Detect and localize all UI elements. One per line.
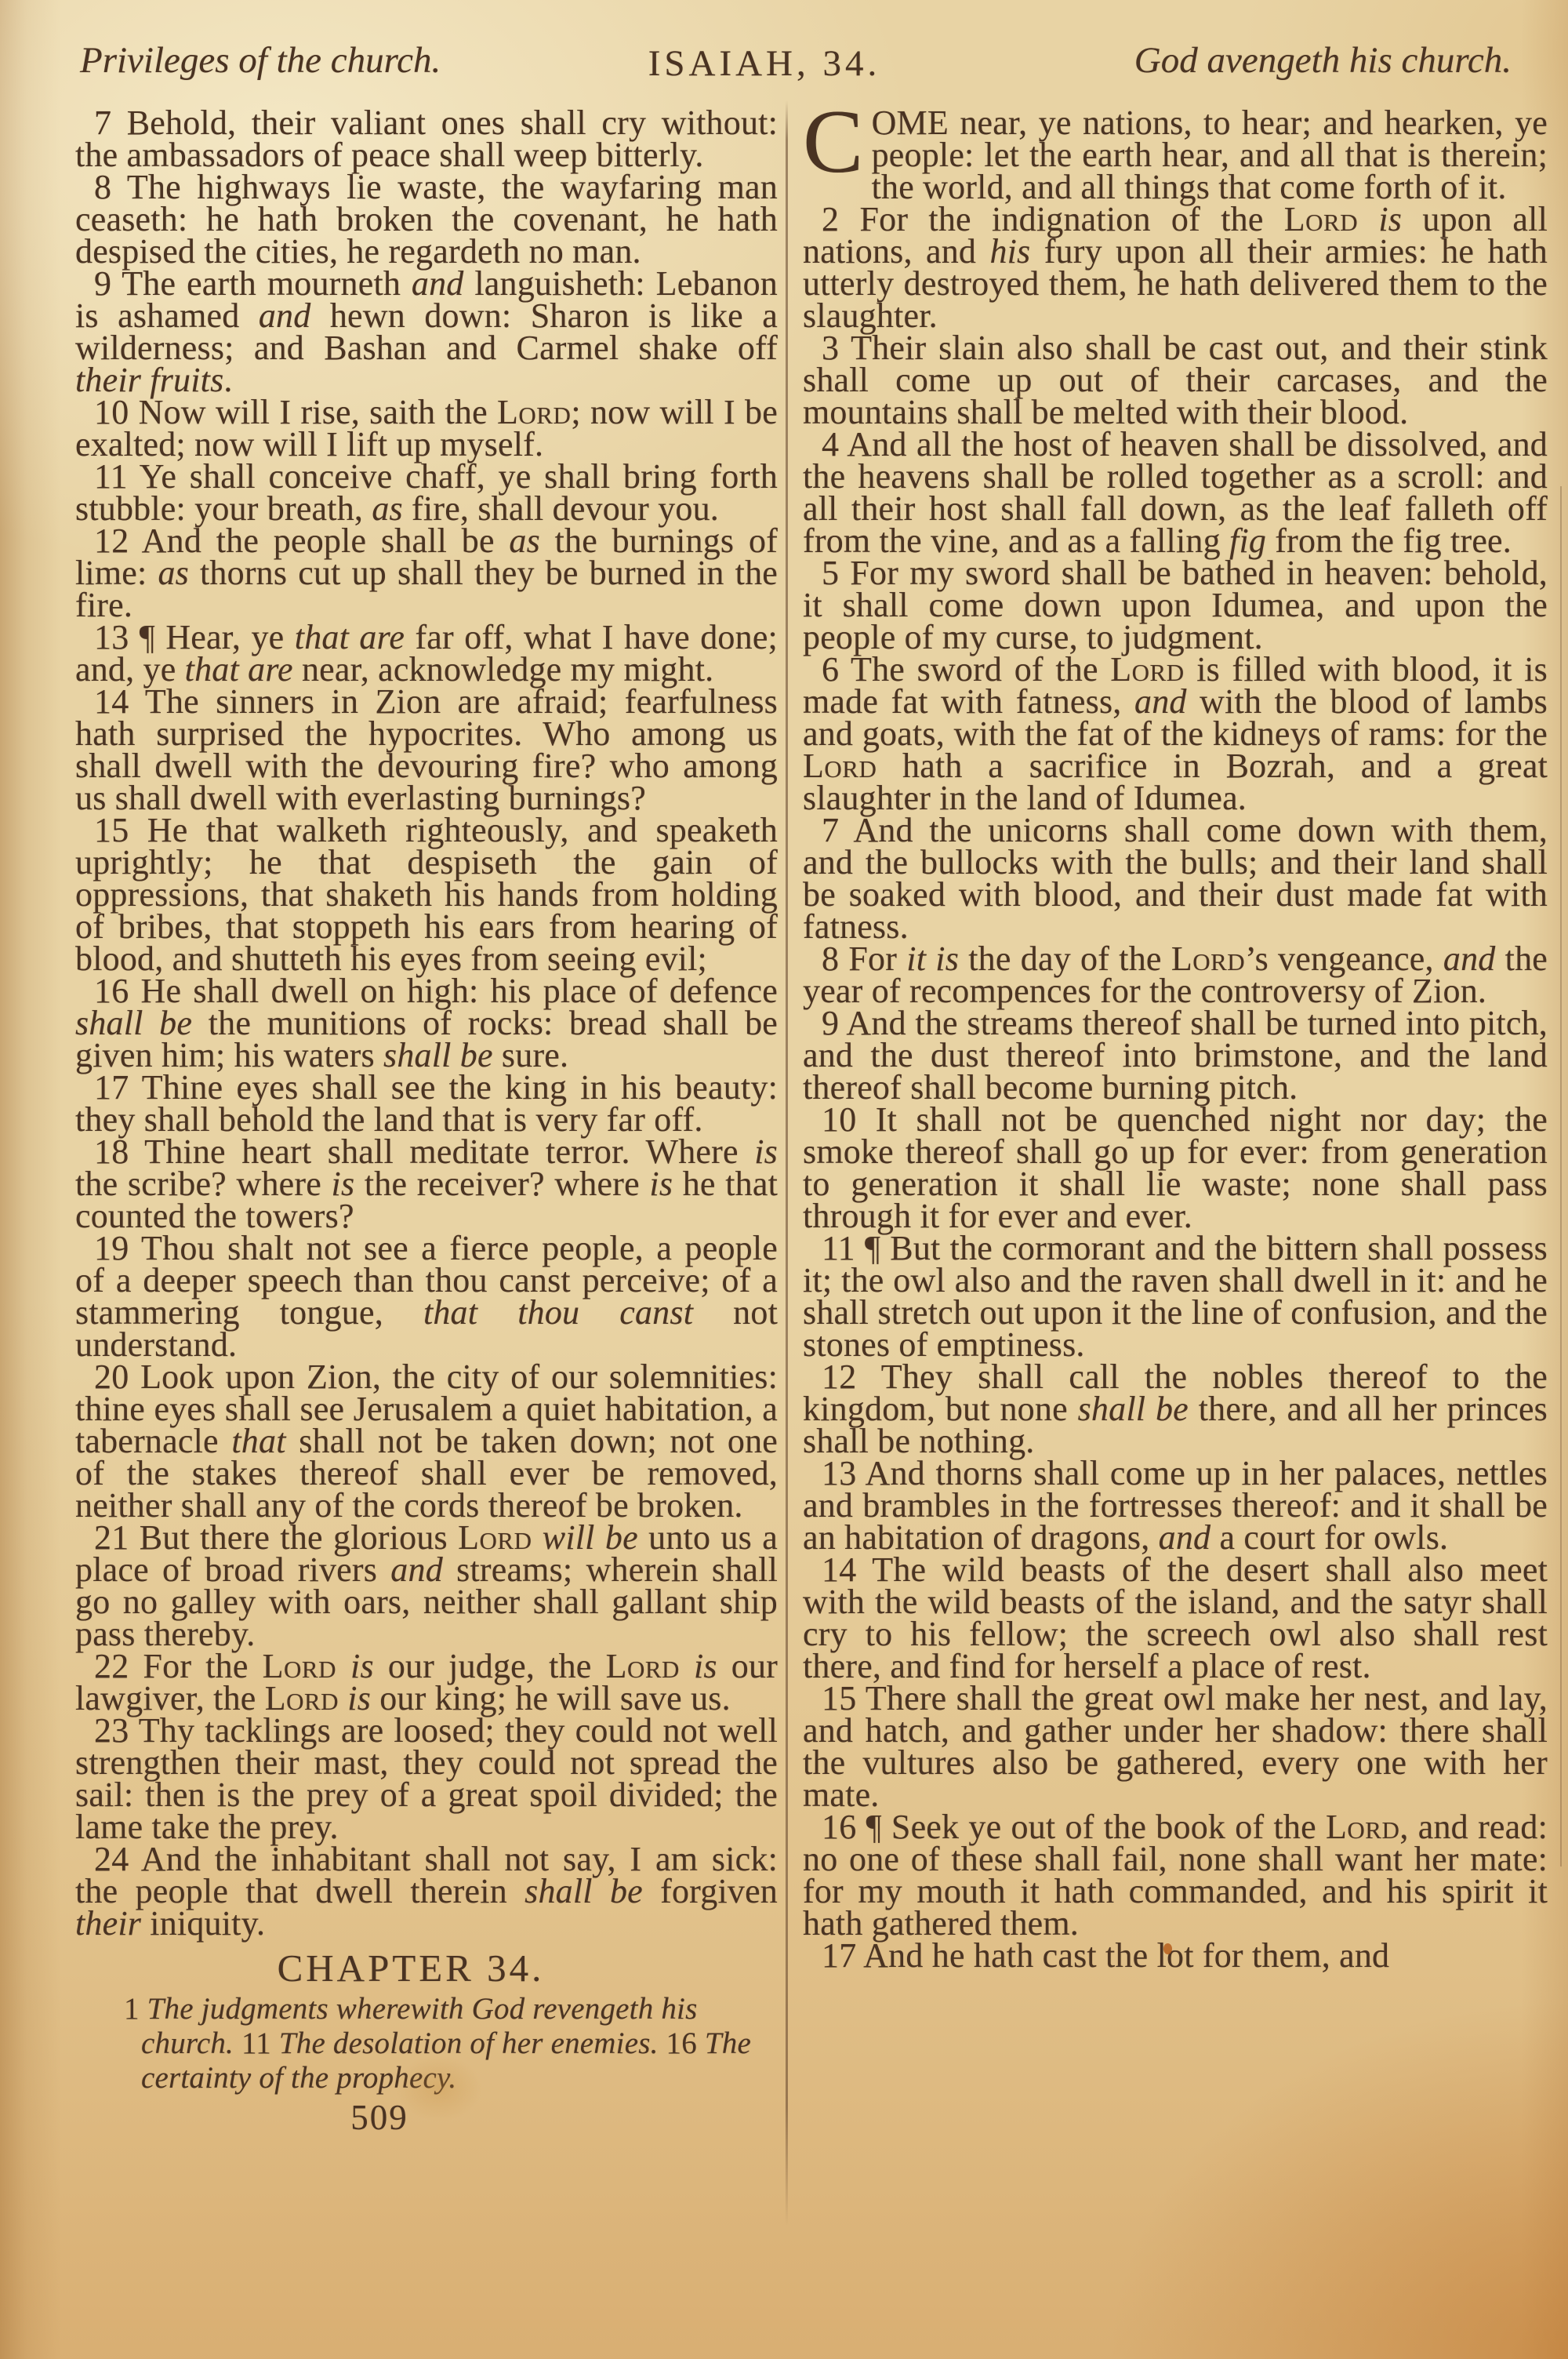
drop-cap: C (803, 107, 872, 174)
verse: 19 Thou shalt not see a fierce people, a… (75, 1232, 778, 1361)
paper-stain (396, 2055, 482, 2121)
verse: 15 There shall the great owl make her ne… (803, 1682, 1548, 1811)
verse: 8 The highways lie waste, the wayfaring … (75, 171, 778, 267)
column-divider-rule (786, 100, 788, 2226)
verse: 23 Thy tacklings are loosed; they could … (75, 1714, 778, 1843)
verse: 13 ¶ Hear, ye that are far off, what I h… (75, 621, 778, 685)
verse: 9 And the streams thereof shall be turne… (803, 1007, 1548, 1103)
paper-speck (1163, 1943, 1172, 1954)
verse: 12 They shall call the nobles thereof to… (803, 1361, 1548, 1457)
verse: 20 Look upon Zion, the city of our solem… (75, 1361, 778, 1521)
verse: 9 The earth mourneth and languisheth: Le… (75, 267, 778, 396)
text-column-right: COME near, ye nations, to hear; and hear… (803, 107, 1548, 1972)
verse: 22 For the Lord is our judge, the Lord i… (75, 1650, 778, 1714)
verse: 7 Behold, their valiant ones shall cry w… (75, 107, 778, 171)
text-column-left: 7 Behold, their valiant ones shall cry w… (75, 107, 778, 2134)
verse: 10 Now will I rise, saith the Lord; now … (75, 396, 778, 460)
verses-isaiah-34: COME near, ye nations, to hear; and hear… (803, 107, 1548, 1972)
verse: 16 ¶ Seek ye out of the book of the Lord… (803, 1811, 1548, 1939)
bible-page: Privileges of the church. ISAIAH, 34. Go… (0, 0, 1568, 2359)
verse: 17 And he hath cast the lot for them, an… (803, 1939, 1548, 1972)
verse: 21 But there the glorious Lord will be u… (75, 1521, 778, 1650)
verse: 7 And the unicorns shall come down with … (803, 814, 1548, 943)
verse: 10 It shall not be quenched night nor da… (803, 1103, 1548, 1232)
verse: 24 And the inhabitant shall not say, I a… (75, 1843, 778, 1939)
page-number: 509 (75, 2102, 684, 2134)
running-head-left: Privileges of the church. (80, 39, 441, 82)
verse: 8 For it is the day of the Lord’s vengea… (803, 943, 1548, 1007)
running-head-title: ISAIAH, 34. (648, 42, 881, 85)
verse: 2 For the indignation of the Lord is upo… (803, 203, 1548, 332)
verse: 15 He that walketh righteously, and spea… (75, 814, 778, 975)
verse: 4 And all the host of heaven shall be di… (803, 428, 1548, 557)
verse: COME near, ye nations, to hear; and hear… (803, 107, 1548, 203)
verses-isaiah-33: 7 Behold, their valiant ones shall cry w… (75, 107, 778, 1939)
verse: 6 The sword of the Lord is filled with b… (803, 653, 1548, 814)
verse: 14 The wild beasts of the desert shall a… (803, 1554, 1548, 1682)
chapter-heading: CHAPTER 34. (75, 1952, 746, 1984)
verse: 13 And thorns shall come up in her palac… (803, 1457, 1548, 1554)
page-edge-shadow (1560, 486, 1562, 1866)
verse: 14 The sinners in Zion are afraid; fearf… (75, 685, 778, 814)
verse: 3 Their slain also shall be cast out, an… (803, 332, 1548, 428)
verse: 11 ¶ But the cormorant and the bittern s… (803, 1232, 1548, 1361)
verse: 18 Thine heart shall meditate terror. Wh… (75, 1136, 778, 1232)
running-head-right: God avengeth his church. (1134, 39, 1512, 82)
verse: 11 Ye shall conceive chaff, ye shall bri… (75, 460, 778, 525)
verse: 16 He shall dwell on high: his place of … (75, 975, 778, 1071)
verse: 5 For my sword shall be bathed in heaven… (803, 557, 1548, 653)
verse: 12 And the people shall be as the burnin… (75, 525, 778, 621)
verse: 17 Thine eyes shall see the king in his … (75, 1071, 778, 1136)
